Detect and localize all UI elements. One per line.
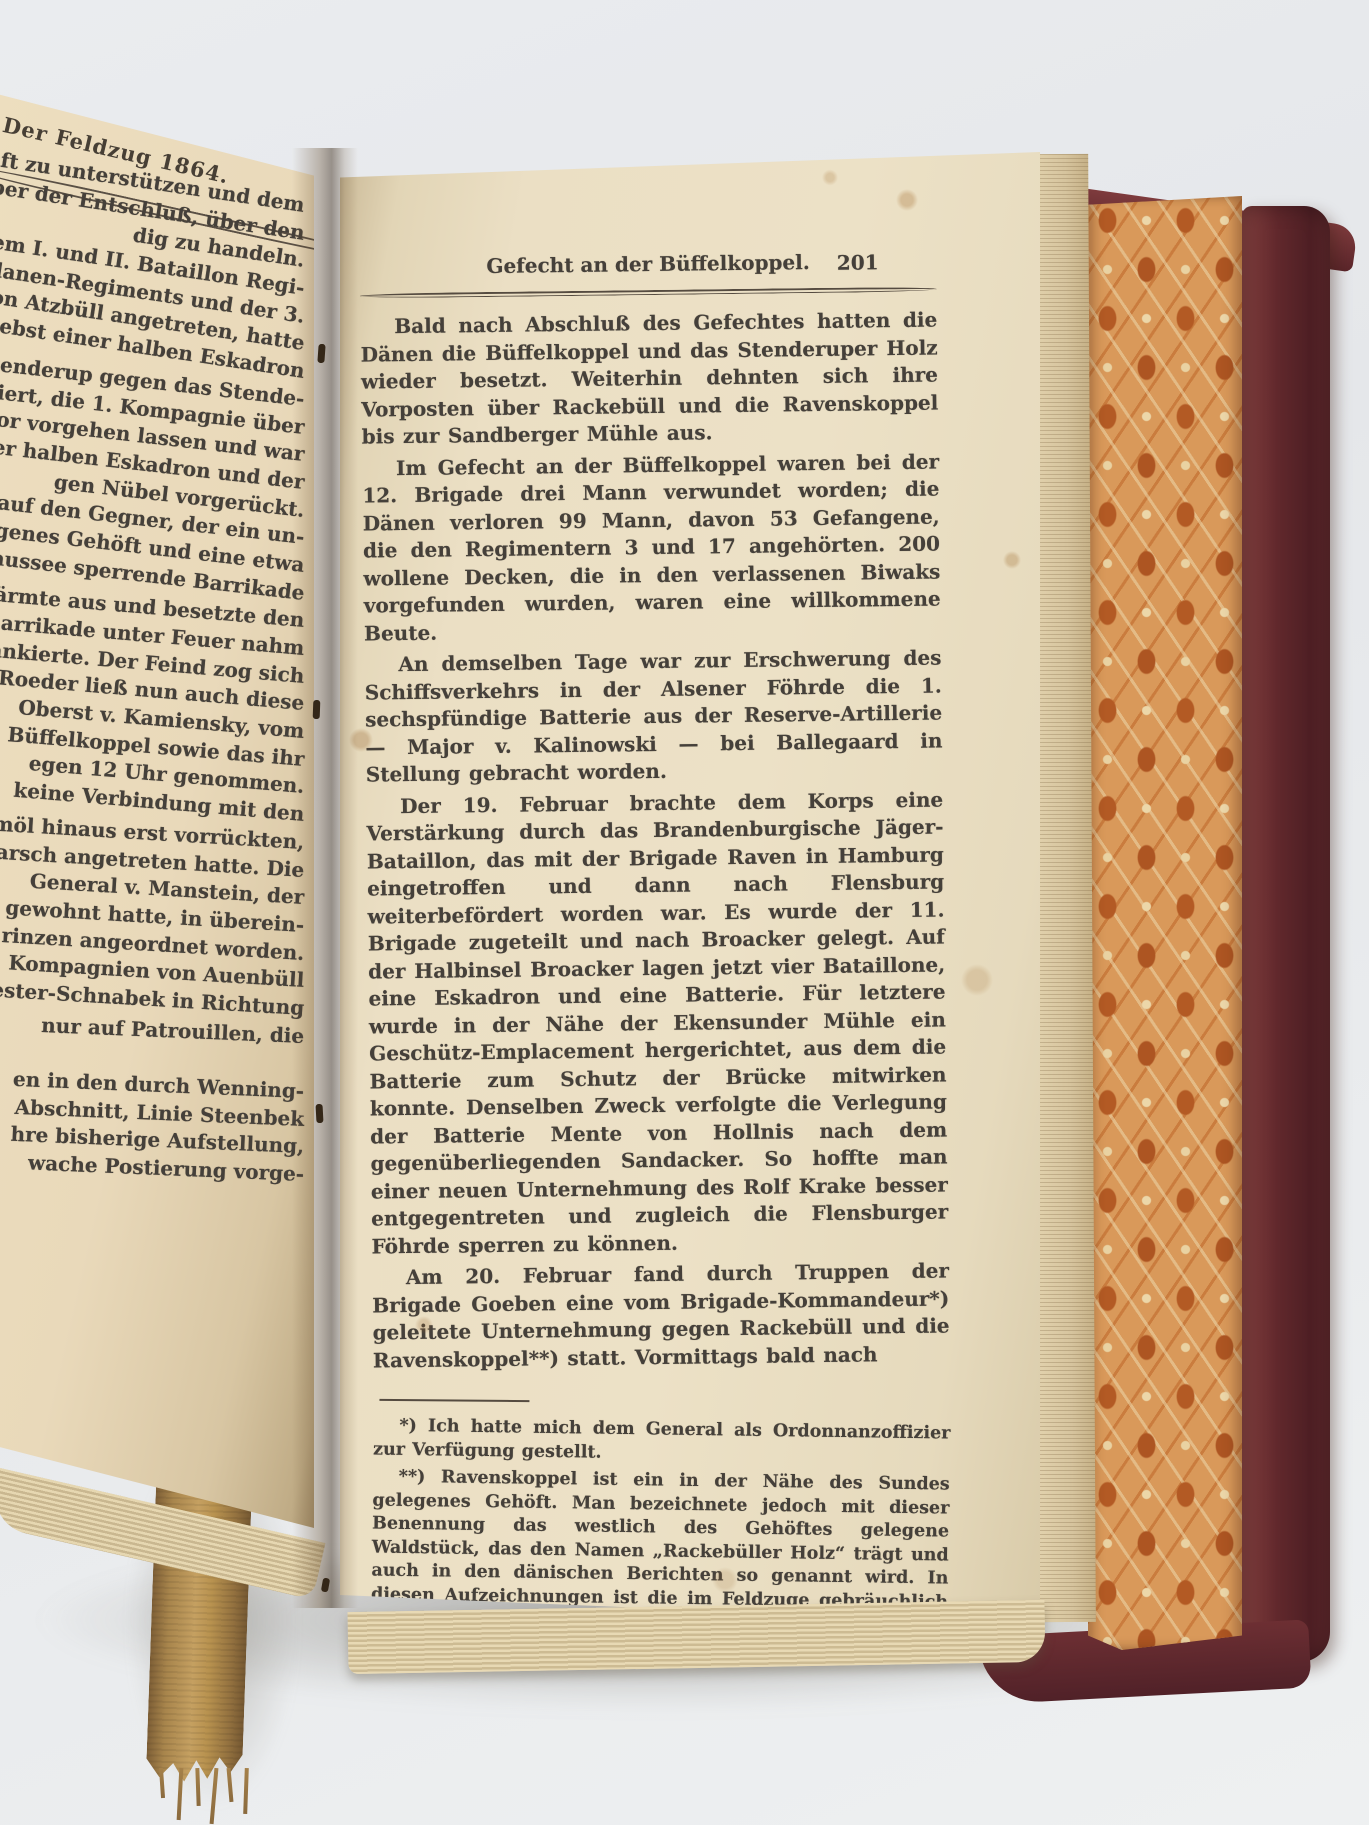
footnote-rule — [379, 1399, 529, 1402]
right-page: Gefecht an der Büffelkoppel. 201 Bald na… — [340, 140, 1040, 1640]
book-cover-edge — [1242, 206, 1330, 1662]
left-page-text: rteilhaft zu unterstützen und demte aber… — [0, 192, 304, 1189]
paragraph: An demselben Tage war zur Erschwerung de… — [364, 644, 943, 789]
right-head-row: Gefecht an der Büffelkoppel. 201 — [359, 249, 936, 286]
right-bottom-page-edges — [348, 1600, 1046, 1674]
body-text: Bald nach Abschluß des Gefechtes hatten … — [360, 307, 950, 1375]
binding-stitch — [313, 700, 321, 719]
paragraph: Bald nach Abschluß des Gefechtes hatten … — [360, 307, 939, 452]
paragraph: Am 20. Februar fand durch Truppen der Br… — [372, 1257, 950, 1374]
left-page: Der Feldzug 1864. rteilhaft zu unterstüt… — [0, 58, 314, 1528]
ribbon-strand — [195, 1768, 200, 1806]
ribbon-frayed-strands — [154, 1768, 258, 1825]
binding-stitch — [316, 1104, 324, 1123]
ribbon-strand — [227, 1768, 234, 1802]
page-fore-edge-stack — [1030, 154, 1096, 1622]
right-running-head: Gefecht an der Büffelkoppel. — [486, 250, 810, 278]
ribbon-strand — [159, 1768, 165, 1798]
book-gutter — [292, 148, 358, 1608]
decorative-endpaper — [1088, 196, 1242, 1650]
page-number: 201 — [837, 250, 879, 275]
open-book-photo: Der Feldzug 1864. rteilhaft zu unterstüt… — [0, 0, 1369, 1825]
ribbon-strand — [210, 1768, 219, 1824]
ribbon-strand — [243, 1768, 249, 1814]
paragraph: Der 19. Februar brachte dem Korps eine V… — [366, 786, 949, 1261]
ribbon-strand — [177, 1768, 184, 1820]
binding-stitch — [321, 1577, 330, 1592]
right-page-content: Gefecht an der Büffelkoppel. 201 Bald na… — [359, 249, 953, 1658]
footnote: *) Ich hatte mich dem General als Ordonn… — [373, 1414, 951, 1469]
binding-stitch — [317, 344, 325, 363]
right-head-rule — [360, 287, 937, 299]
paragraph: Im Gefecht an der Büffelkoppel waren bei… — [362, 448, 941, 648]
